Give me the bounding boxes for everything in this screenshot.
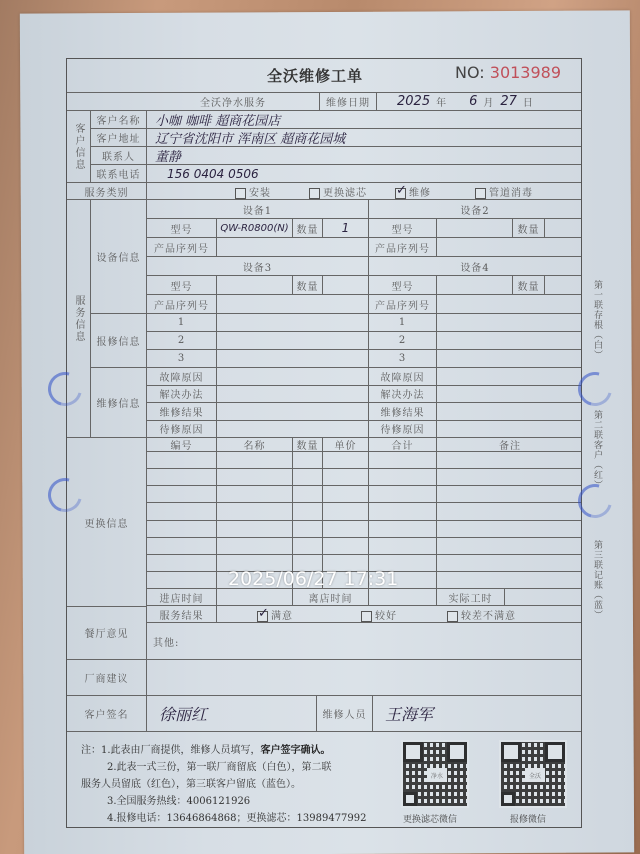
customer-address-field[interactable]: 辽宁省沈阳市 浑南区 超商花园城 <box>147 129 581 146</box>
customer-signature-field[interactable]: 徐丽红 <box>147 696 317 731</box>
qty-field[interactable]: 1 <box>323 219 369 237</box>
repair-row-label: 待修原因 <box>369 421 437 438</box>
repair-row-label: 故障原因 <box>147 368 217 385</box>
replacement-info-label: 更换信息 <box>67 438 147 607</box>
replacement-cell[interactable] <box>293 538 323 554</box>
repair-work-order-form: 全沃维修工单 NO: 3013989 全沃净水服务 维修日期 2025年 6月 … <box>66 58 582 828</box>
report-field[interactable] <box>217 314 369 331</box>
repair-field[interactable] <box>217 421 369 438</box>
customer-name-label: 客户名称 <box>91 111 147 128</box>
arrive-field[interactable] <box>217 589 293 605</box>
replacement-cell[interactable] <box>147 486 217 502</box>
phone-row: 联系电话 156 0404 0506 <box>91 165 581 183</box>
replacement-row <box>147 486 581 503</box>
replacement-cell[interactable] <box>293 469 323 485</box>
phone-label: 联系电话 <box>91 165 147 182</box>
replacement-cell[interactable] <box>437 469 583 485</box>
report-row: 1 1 <box>147 314 581 332</box>
replacement-cell[interactable] <box>323 521 369 537</box>
other-row: 其他: <box>147 623 581 660</box>
qty-field[interactable] <box>545 219 581 237</box>
serial-field[interactable] <box>217 238 369 256</box>
repair-field[interactable] <box>217 403 369 420</box>
device-title: 设备1 <box>147 200 369 218</box>
replacement-cell[interactable] <box>437 521 583 537</box>
device-serial-row: 产品序列号 产品序列号 <box>147 295 581 314</box>
replacement-cell[interactable] <box>369 469 437 485</box>
repair-info-label: 维修信息 <box>91 368 147 438</box>
repair-field[interactable] <box>217 386 369 403</box>
repair-field[interactable] <box>437 386 581 403</box>
replacement-cell[interactable] <box>323 486 369 502</box>
replacement-cell[interactable] <box>217 452 293 468</box>
replacement-cell[interactable] <box>323 538 369 554</box>
customer-signature-label: 客户签名 <box>67 696 147 731</box>
customer-address-row: 客户地址 辽宁省沈阳市 浑南区 超商花园城 <box>91 129 581 147</box>
replacement-cell[interactable] <box>369 521 437 537</box>
replacement-column-header: 名称 <box>217 438 293 451</box>
replacement-cell[interactable] <box>147 521 217 537</box>
replacement-cell[interactable] <box>147 538 217 554</box>
device-title: 设备3 <box>147 257 369 275</box>
model-label: 型号 <box>369 219 437 237</box>
device-serial-row: 产品序列号 产品序列号 <box>147 238 581 257</box>
replacement-row <box>147 538 581 555</box>
replacement-row <box>147 469 581 486</box>
serial-label: 产品序列号 <box>147 295 217 313</box>
repair-checkbox[interactable] <box>395 188 406 199</box>
side-label-copy3: 第三联记账（蓝） <box>591 540 604 620</box>
technician-signature-field[interactable]: 王海军 <box>373 696 581 731</box>
qty-label: 数量 <box>513 219 545 237</box>
replacement-cell[interactable] <box>437 555 583 571</box>
replacement-row <box>147 452 581 469</box>
serial-label: 产品序列号 <box>369 238 437 256</box>
replacement-cell[interactable] <box>147 452 217 468</box>
serial-field[interactable] <box>437 238 581 256</box>
replacement-column-header: 编号 <box>147 438 217 451</box>
replacement-column-header: 数量 <box>293 438 323 451</box>
replacement-cell[interactable] <box>293 503 323 519</box>
repair-field[interactable] <box>437 368 581 385</box>
qty-field[interactable] <box>545 276 581 294</box>
repair-row: 维修结果 维修结果 <box>147 403 581 421</box>
serial-field[interactable] <box>437 295 581 313</box>
notes-text: 注：1.此表由厂商提供，维修人员填写，客户签字确认。 2.此表一式三份，第一联厂… <box>81 742 367 827</box>
report-index: 3 <box>147 350 217 367</box>
other-field[interactable]: 其他: <box>147 623 581 659</box>
replacement-cell[interactable] <box>369 452 437 468</box>
repair-row: 故障原因 故障原因 <box>147 368 581 386</box>
repair-row-label: 维修结果 <box>147 403 217 420</box>
serial-field[interactable] <box>217 295 369 313</box>
replacement-cell[interactable] <box>323 503 369 519</box>
device-model-row: 型号 数量 型号 数量 <box>147 276 581 295</box>
model-label: 型号 <box>147 276 217 294</box>
order-number: NO: 3013989 <box>455 63 561 82</box>
replacement-cell[interactable] <box>323 452 369 468</box>
repair-row-label: 故障原因 <box>369 368 437 385</box>
report-field[interactable] <box>437 332 581 349</box>
company-name: 全沃净水服务 <box>147 93 319 110</box>
repair-wechat-qr-code: 全沃 <box>499 740 567 808</box>
customer-info-label: 客户信息 <box>67 111 91 183</box>
replacement-column-header: 合计 <box>369 438 437 451</box>
report-field[interactable] <box>437 350 581 367</box>
vendor-advice-row: 厂商建议 <box>67 660 581 696</box>
replacement-cell[interactable] <box>323 469 369 485</box>
model-field[interactable] <box>217 276 293 294</box>
result-option-good[interactable]: 较好 <box>361 607 447 622</box>
report-field[interactable] <box>217 350 369 367</box>
leave-label: 离店时间 <box>293 589 369 605</box>
form-title: 全沃维修工单 <box>267 65 363 86</box>
qty-label: 数量 <box>293 219 323 237</box>
replacement-cell[interactable] <box>217 486 293 502</box>
device-title-row: 设备1 设备2 <box>147 200 581 219</box>
service-option-filter[interactable]: 更换滤芯 <box>309 184 395 199</box>
vendor-advice-label: 厂商建议 <box>67 660 147 695</box>
replacement-cell[interactable] <box>437 572 583 588</box>
replacement-row <box>147 503 581 520</box>
replacement-cell[interactable] <box>369 486 437 502</box>
result-option-satisfied[interactable]: 满意 <box>257 607 361 622</box>
model-field[interactable]: QW-R0800(N) <box>217 219 293 237</box>
contact-label: 联系人 <box>91 147 147 164</box>
disinfect-checkbox[interactable] <box>475 188 486 199</box>
time-row: 进店时间 离店时间 实际工时 <box>147 589 581 606</box>
report-info-label: 报修信息 <box>91 314 147 368</box>
satisfied-checkbox[interactable] <box>257 611 268 622</box>
service-result-label: 服务结果 <box>147 606 217 622</box>
serial-label: 产品序列号 <box>147 238 217 256</box>
service-result-row: 服务结果 满意 较好 较差不满意 <box>147 606 581 623</box>
replacement-row <box>147 521 581 538</box>
repair-row: 解决办法 解决办法 <box>147 386 581 404</box>
report-field[interactable] <box>437 314 581 331</box>
replacement-header-row: 编号名称数量单价合计备注 <box>147 438 581 452</box>
replacement-cell[interactable] <box>293 452 323 468</box>
model-field[interactable] <box>437 276 513 294</box>
replacement-column-header: 备注 <box>437 438 583 451</box>
replacement-cell[interactable] <box>217 521 293 537</box>
replacement-cell[interactable] <box>147 503 217 519</box>
filter-checkbox[interactable] <box>309 188 320 199</box>
title-row: 全沃维修工单 NO: 3013989 <box>67 59 581 93</box>
qty-label: 数量 <box>513 276 545 294</box>
replacement-cell[interactable] <box>147 572 217 588</box>
replacement-cell[interactable] <box>437 452 583 468</box>
vendor-advice-field[interactable] <box>147 660 581 695</box>
report-row: 2 2 <box>147 332 581 350</box>
hours-label: 实际工时 <box>437 589 505 605</box>
repair-row-label: 维修结果 <box>369 403 437 420</box>
date-field[interactable]: 2025年 6月 27日 <box>377 93 581 110</box>
replacement-cell[interactable] <box>369 503 437 519</box>
photo-timestamp: 2025/06/27 17:31 <box>228 568 398 590</box>
device-title-row: 设备3 设备4 <box>147 257 581 276</box>
replacement-cell[interactable] <box>437 538 583 554</box>
serial-label: 产品序列号 <box>369 295 437 313</box>
leave-field[interactable] <box>369 589 437 605</box>
model-label: 型号 <box>369 276 437 294</box>
side-label-copy1: 第一联存根（白） <box>591 280 604 360</box>
replacement-cell[interactable] <box>437 503 583 519</box>
model-label: 型号 <box>147 219 217 237</box>
service-type-options: 安装 更换滤芯 维修 管道消毒 <box>147 183 581 199</box>
report-index: 3 <box>369 350 437 367</box>
customer-name-field[interactable]: 小咖 咖啡 超商花园店 <box>147 111 581 128</box>
report-field[interactable] <box>217 332 369 349</box>
service-type-label: 服务类别 <box>67 183 147 199</box>
replacement-cell[interactable] <box>147 555 217 571</box>
replacement-cell[interactable] <box>217 503 293 519</box>
replacement-cell[interactable] <box>369 538 437 554</box>
result-option-poor[interactable]: 较差不满意 <box>447 607 516 622</box>
company-date-row: 全沃净水服务 维修日期 2025年 6月 27日 <box>67 93 581 111</box>
customer-address-label: 客户地址 <box>91 129 147 146</box>
date-label: 维修日期 <box>319 93 377 110</box>
notes-section: 注：1.此表由厂商提供，维修人员填写，客户签字确认。 2.此表一式三份，第一联厂… <box>67 732 581 827</box>
replacement-cell[interactable] <box>293 486 323 502</box>
repair-field[interactable] <box>437 421 581 438</box>
technician-label: 维修人员 <box>317 696 373 731</box>
contact-row: 联系人 董静 <box>91 147 581 165</box>
model-field[interactable] <box>437 219 513 237</box>
replacement-cell[interactable] <box>147 469 217 485</box>
replacement-cell[interactable] <box>293 521 323 537</box>
service-option-disinfect[interactable]: 管道消毒 <box>475 184 533 199</box>
repair-wechat-label: 报修微信 <box>510 812 546 825</box>
good-checkbox[interactable] <box>361 611 372 622</box>
report-index: 2 <box>147 332 217 349</box>
qty-field[interactable] <box>323 276 369 294</box>
report-index: 1 <box>369 314 437 331</box>
replacement-cell[interactable] <box>217 469 293 485</box>
order-number-value: 3013989 <box>490 63 561 82</box>
contact-field[interactable]: 董静 <box>147 147 581 164</box>
repair-row-label: 待修原因 <box>147 421 217 438</box>
device-title: 设备4 <box>369 257 581 275</box>
repair-field[interactable] <box>437 403 581 420</box>
repair-row-label: 解决办法 <box>369 386 437 403</box>
phone-field[interactable]: 156 0404 0506 <box>147 165 581 182</box>
report-row: 3 3 <box>147 350 581 368</box>
replacement-cell[interactable] <box>437 486 583 502</box>
poor-checkbox[interactable] <box>447 611 458 622</box>
qty-label: 数量 <box>293 276 323 294</box>
filter-wechat-label: 更换滤芯微信 <box>403 812 457 825</box>
service-option-install[interactable]: 安装 <box>235 184 309 199</box>
side-label-copy2: 第二联客户（红） <box>591 410 604 490</box>
report-index: 2 <box>369 332 437 349</box>
install-checkbox[interactable] <box>235 188 246 199</box>
device-model-row: 型号 QW-R0800(N) 数量 1 型号 数量 <box>147 219 581 238</box>
device-title: 设备2 <box>369 200 581 218</box>
repair-row: 待修原因 待修原因 <box>147 421 581 439</box>
replacement-cell[interactable] <box>217 538 293 554</box>
repair-field[interactable] <box>217 368 369 385</box>
filter-wechat-qr-code: 净水 <box>401 740 469 808</box>
service-option-repair[interactable]: 维修 <box>395 184 475 199</box>
device-info-label: 设备信息 <box>91 200 147 314</box>
signature-row: 客户签名 徐丽红 维修人员 王海军 <box>67 696 581 732</box>
service-type-row: 服务类别 安装 更换滤芯 维修 管道消毒 <box>67 183 581 200</box>
customer-name-row: 客户名称 小咖 咖啡 超商花园店 <box>91 111 581 129</box>
report-index: 1 <box>147 314 217 331</box>
service-result-options: 满意 较好 较差不满意 <box>217 606 581 622</box>
repair-row-label: 解决办法 <box>147 386 217 403</box>
arrive-label: 进店时间 <box>147 589 217 605</box>
replacement-column-header: 单价 <box>323 438 369 451</box>
feedback-label: 餐厅意见 <box>67 606 147 660</box>
hours-field[interactable] <box>505 589 581 605</box>
